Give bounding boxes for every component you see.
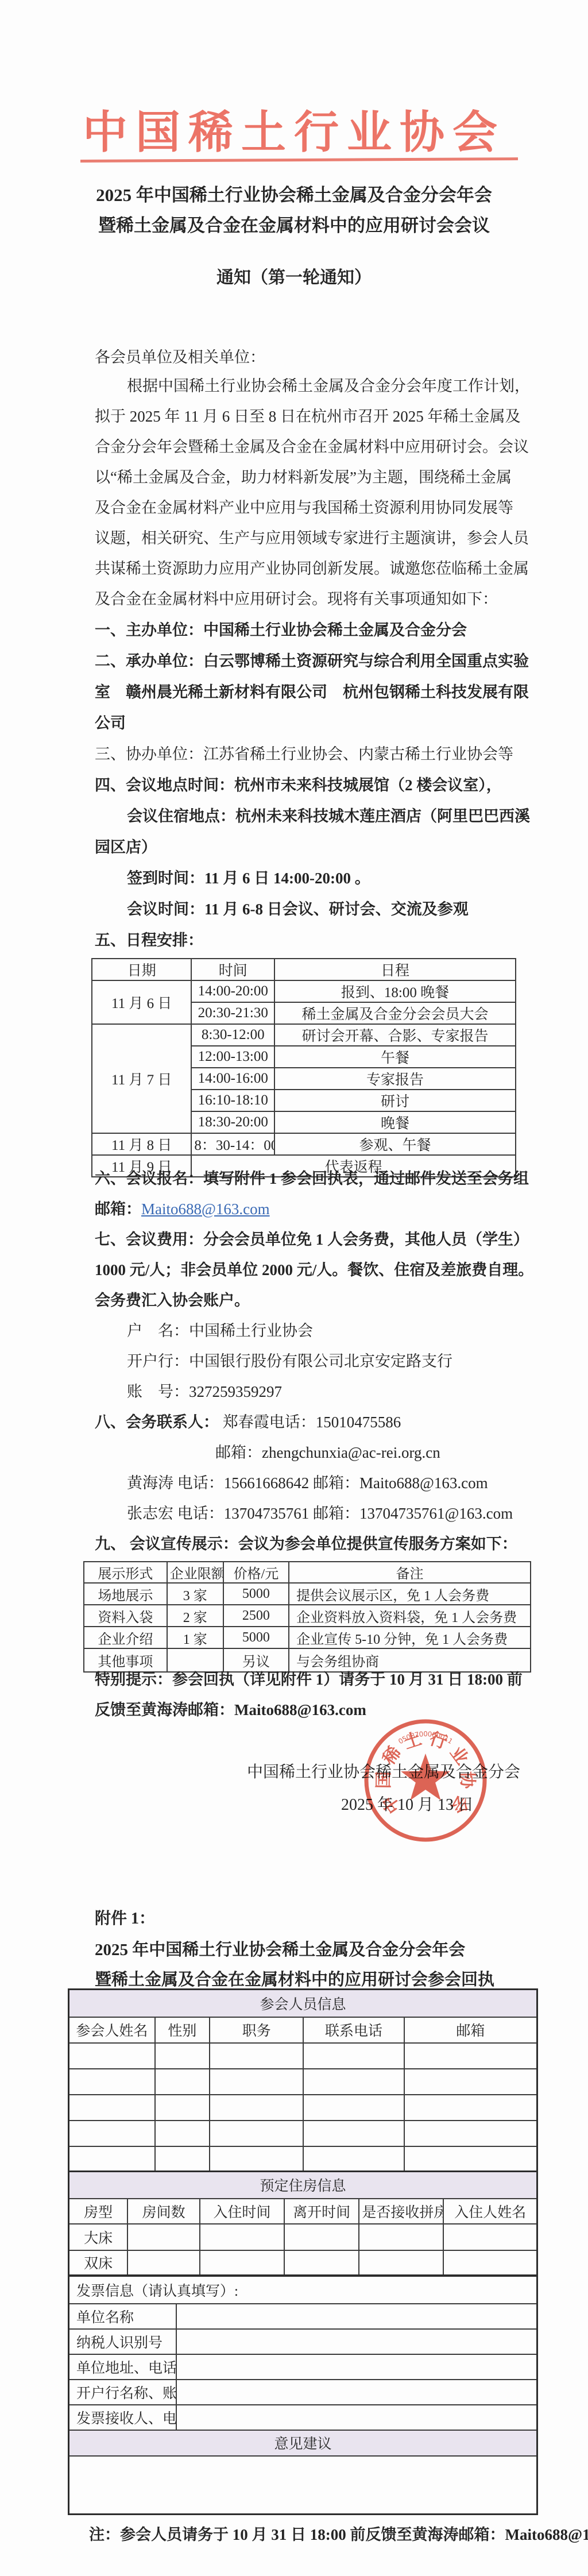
table-cell: 5000: [223, 1583, 289, 1605]
seal-serial-digit: 0: [423, 1730, 428, 1738]
table-cell: 参会人姓名: [69, 2017, 155, 2043]
table-cell: [176, 2380, 537, 2405]
table-row: 参会人员信息: [69, 1990, 537, 2017]
table-cell: 备注: [289, 1562, 531, 1583]
table-cell: [69, 2456, 537, 2515]
table-cell: [176, 2405, 537, 2430]
attachment-footnote: 注：参会人员请务于 10 月 31 日 18:00 前反馈至黄海涛邮箱：Mait…: [89, 2522, 588, 2544]
table-cell: [127, 2224, 200, 2250]
table-cell: [176, 2354, 537, 2380]
registration-fee-contact-sections: 六、会议报名：填写附件 1 参会回执表，通过邮件发送至会务组邮箱：Maito68…: [95, 1164, 531, 1559]
table-cell: 场地展示: [84, 1583, 167, 1605]
table: 发票信息（请认真填写）:单位名称纳税人识别号单位地址、电话开户行名称、账号发票接…: [68, 2275, 538, 2515]
table-cell: 发票接收人、电话: [69, 2405, 177, 2430]
table: 预定住房信息房型房间数入住时间离开时间是否接收拼房入住人姓名大床双床: [68, 2171, 538, 2276]
table-cell: 研讨: [274, 1090, 516, 1111]
table-cell: 房型: [69, 2199, 128, 2224]
table-cell: [210, 2121, 303, 2146]
text-line: 账 号：327259359297: [95, 1377, 531, 1407]
table-cell: [404, 2069, 537, 2095]
text-line: 共谋稀土资源助力应用产业协同创新发展。诚邀您莅临稀土金属: [95, 554, 531, 584]
seal-ring-char: 国: [374, 1771, 393, 1789]
table: 参会人员信息参会人姓名性别职务联系电话邮箱: [68, 1988, 538, 2173]
table-cell: 日程: [274, 959, 516, 980]
table-cell: 是否接收拼房: [359, 2199, 443, 2224]
table-cell: [200, 2224, 284, 2250]
text-span: 郑春霞电话：15010475586: [223, 1413, 401, 1431]
text-line: 四、会议地点时间：杭州市未来科技城展馆（2 楼会议室），: [95, 770, 531, 801]
table-cell: [359, 2224, 443, 2250]
table-row: 11 月 6 日14:00-20:00报到、18:00 晚餐: [92, 980, 516, 1002]
scanned-notice-page: 中国稀土行业协会 2025 年中国稀土行业协会稀土金属及合金分会年会 暨稀土金属…: [0, 0, 588, 2576]
table-cell: [176, 2304, 537, 2329]
table-cell: [127, 2250, 200, 2276]
table-cell: [443, 2224, 537, 2250]
table-row: 意见建议: [69, 2430, 537, 2456]
text-line: 开户行：中国银行股份有限公司北京安定路支行: [95, 1346, 531, 1377]
text-line: 二、承办单位：白云鄂博稀土资源研究与综合利用全国重点实验: [95, 646, 531, 677]
letterhead-org-name: 中国稀土行业协会: [0, 96, 588, 161]
table-row: 参会人姓名性别职务联系电话邮箱: [69, 2017, 537, 2043]
table-row: 单位名称: [69, 2304, 537, 2329]
table-row: 纳税人识别号: [69, 2329, 537, 2354]
table-row: 发票信息（请认真填写）:: [69, 2276, 537, 2304]
table-row: 开户行名称、账号: [69, 2380, 537, 2405]
text-line: 邮箱：zhengchunxia@ac-rei.org.cn: [95, 1438, 531, 1468]
table-row: [69, 2069, 537, 2095]
table-cell: 11 月 7 日: [92, 1024, 191, 1133]
table-cell: 资料入袋: [84, 1605, 167, 1627]
seal-ring-char: 会: [447, 1792, 472, 1817]
table-cell: 单位地址、电话: [69, 2354, 177, 2380]
table-cell: 大床: [69, 2224, 128, 2250]
text-line: 一、主办单位：中国稀土行业协会稀土金属及合金分会: [95, 615, 531, 646]
table-cell: 时间: [191, 959, 274, 980]
table-cell: 18:30-20:00: [191, 1111, 274, 1133]
text-line: 议题，相关研究、生产与应用领域专家进行主题演讲，参会人员: [95, 523, 531, 554]
table-cell: 20:30-21:30: [191, 1002, 274, 1024]
table-cell: 11 月 6 日: [92, 980, 191, 1024]
table-row: 资料入袋2 家2500企业资料放入资料袋，免 1 人会务费: [84, 1605, 531, 1627]
table-cell: 提供会议展示区，免 1 人会务费: [289, 1583, 531, 1605]
seal-ring-char: 协: [458, 1771, 477, 1789]
table-row: [69, 2456, 537, 2515]
table-cell: 价格/元: [223, 1562, 289, 1583]
table-cell: 企业宣传 5-10 分钟，免 1 人会务费: [289, 1627, 531, 1648]
table-cell: [155, 2146, 210, 2172]
text-line: 合金分会年会暨稀土金属及合金在金属材料中应用研讨会。会议: [95, 432, 531, 462]
table-row: [69, 2043, 537, 2069]
table-cell: 1 家: [167, 1627, 223, 1648]
text-line: 特别提示：参会回执（详见附件 1）请务于 10 月 31 日 18:00 前: [95, 1664, 531, 1695]
doc-title-line-1: 2025 年中国稀土行业协会稀土金属及合金分会年会: [0, 180, 588, 206]
table-cell: [155, 2043, 210, 2069]
table-row: 单位地址、电话: [69, 2354, 537, 2380]
table-cell: 研讨会开幕、合影、专家报告: [274, 1024, 516, 1046]
seal-serial-digit: 0: [427, 1730, 432, 1739]
text-line: 五、日程安排：: [95, 925, 531, 956]
table-cell: 稀土金属及合金分会会员大会: [274, 1002, 516, 1024]
promotion-service-table: 展示形式企业限额价格/元备注场地展示3 家5000提供会议展示区，免 1 人会务…: [83, 1561, 531, 1673]
text-line: 会议住宿地点：杭州未来科技城木莲庄酒店（阿里巴巴西溪: [95, 801, 531, 832]
attachment-title-line-1: 2025 年中国稀土行业协会稀土金属及合金分会年会: [95, 1937, 465, 1960]
notice-heading: 通知（第一轮通知）: [0, 263, 588, 288]
table-cell: 8：30-14：00: [191, 1133, 274, 1155]
table-row: 场地展示3 家5000提供会议展示区，免 1 人会务费: [84, 1583, 531, 1605]
table-row: 展示形式企业限额价格/元备注: [84, 1562, 531, 1583]
text-line: 及合金在金属材料产业中应用与我国稀土资源利用协同发展等: [95, 493, 531, 523]
table-cell: [303, 2043, 404, 2069]
table-cell: 企业介绍: [84, 1627, 167, 1648]
table-cell: 意见建议: [69, 2430, 537, 2456]
text-line: 邮箱：Maito688@163.com: [95, 1194, 531, 1225]
text-span: 八、会务联系人：: [95, 1413, 223, 1431]
text-line: 八、会务联系人： 郑春霞电话：15010475586: [95, 1407, 531, 1438]
table-cell: 房间数: [127, 2199, 200, 2224]
text-line: 六、会议报名：填写附件 1 参会回执表，通过邮件发送至会务组: [95, 1164, 531, 1194]
table-cell: [303, 2069, 404, 2095]
table-cell: 报到、18:00 晚餐: [274, 980, 516, 1002]
table-row: [69, 2095, 537, 2121]
text-line: 户 名：中国稀土行业协会: [95, 1316, 531, 1346]
table-cell: [284, 2224, 359, 2250]
table-cell: [69, 2069, 155, 2095]
table-cell: 11 月 8 日: [92, 1133, 191, 1155]
text-line: 会议时间：11 月 6-8 日会议、研讨会、交流及参观: [95, 894, 531, 925]
table-cell: [404, 2095, 537, 2121]
table-cell: 12:00-13:00: [191, 1046, 274, 1068]
table-cell: 双床: [69, 2250, 128, 2276]
schedule-table: 日期时间日程11 月 6 日14:00-20:00报到、18:00 晚餐20:3…: [91, 958, 516, 1177]
table-cell: [210, 2069, 303, 2095]
table-cell: 专家报告: [274, 1068, 516, 1090]
table-row: 企业介绍1 家5000企业宣传 5-10 分钟，免 1 人会务费: [84, 1627, 531, 1648]
table-cell: 开户行名称、账号: [69, 2380, 177, 2405]
registration-email-link[interactable]: Maito688@163.com: [141, 1200, 270, 1218]
attendee-info-table: 参会人员信息参会人姓名性别职务联系电话邮箱: [68, 1988, 538, 2173]
table-cell: [359, 2250, 443, 2276]
table-cell: 性别: [155, 2017, 210, 2043]
table-cell: 2 家: [167, 1605, 223, 1627]
seal-star: [401, 1754, 450, 1800]
table-cell: [200, 2250, 284, 2276]
table-cell: 联系电话: [303, 2017, 404, 2043]
table-cell: 参观、午餐: [274, 1133, 516, 1155]
text-line: 园区店）: [95, 832, 531, 863]
text-line: 1000 元/人；非会员单位 2000 元/人。餐饮、住宿及差旅费自理。: [95, 1255, 531, 1285]
attachment-label: 附件 1：: [95, 1906, 155, 1929]
intro-paragraph: 根据中国稀土行业协会稀土金属及合金分会年度工作计划，拟于 2025 年 11 月…: [95, 371, 531, 615]
text-line: 根据中国稀土行业协会稀土金属及合金分会年度工作计划，: [95, 371, 531, 401]
table-cell: [284, 2250, 359, 2276]
table-cell: [404, 2043, 537, 2069]
text-line: 七、会议费用：分会会员单位免 1 人会务费，其他人员（学生）: [95, 1225, 531, 1255]
table-row: 房型房间数入住时间离开时间是否接收拼房入住人姓名: [69, 2199, 537, 2224]
table-cell: [69, 2146, 155, 2172]
table-cell: 单位名称: [69, 2304, 177, 2329]
table-cell: 发票信息（请认真填写）:: [69, 2276, 537, 2304]
text-line: 会务费汇入协会账户。: [95, 1285, 531, 1316]
table-row: 发票接收人、电话: [69, 2405, 537, 2430]
table: 日期时间日程11 月 6 日14:00-20:00报到、18:00 晚餐20:3…: [91, 958, 516, 1177]
table-cell: 参会人员信息: [69, 1990, 537, 2017]
table-cell: 职务: [210, 2017, 303, 2043]
official-seal: 中国稀土行业协会1100000078050: [359, 1714, 492, 1847]
table-cell: [404, 2146, 537, 2172]
text-line: 签到时间：11 月 6 日 14:00-20:00 。: [95, 863, 531, 894]
table-row: 11 月 7 日8:30-12:00研讨会开幕、合影、专家报告: [92, 1024, 516, 1046]
seal-ring-char: 稀: [379, 1743, 405, 1769]
table-row: 11 月 8 日8：30-14：00参观、午餐: [92, 1133, 516, 1155]
table-cell: 企业资料放入资料袋，免 1 人会务费: [289, 1605, 531, 1627]
housing-info-table: 预定住房信息房型房间数入住时间离开时间是否接收拼房入住人姓名大床双床: [68, 2171, 538, 2276]
text-line: 及合金在金属材料中应用研讨会。现将有关事项通知如下：: [95, 584, 531, 615]
seal-ring-char: 业: [446, 1743, 471, 1768]
table-cell: [210, 2146, 303, 2172]
table-cell: 纳税人识别号: [69, 2329, 177, 2354]
table-cell: [176, 2329, 537, 2354]
table-cell: [303, 2121, 404, 2146]
table-cell: 入住时间: [200, 2199, 284, 2224]
table-cell: 8:30-12:00: [191, 1024, 274, 1046]
table-row: 大床: [69, 2224, 537, 2250]
table-cell: 5000: [223, 1627, 289, 1648]
table-cell: [210, 2043, 303, 2069]
table-cell: 2500: [223, 1605, 289, 1627]
doc-title-line-2: 暨稀土金属及合金在金属材料中的应用研讨会会议: [0, 211, 588, 237]
text-span: 邮箱：: [95, 1200, 141, 1218]
table-cell: [443, 2250, 537, 2276]
table-cell: [404, 2121, 537, 2146]
text-line: 拟于 2025 年 11 月 6 日至 8 日在杭州市召开 2025 年稀土金属…: [95, 401, 531, 432]
attachment-title-line-2: 暨稀土金属及合金在金属材料中的应用研讨会参会回执: [95, 1967, 494, 1990]
table-cell: 邮箱: [404, 2017, 537, 2043]
table-row: 日期时间日程: [92, 959, 516, 980]
text-line: 黄海涛 电话：15661668642 邮箱：Maito688@163.com: [95, 1468, 531, 1499]
text-line: 九、 会议宣传展示：会议为参会单位提供宣传服务方案如下：: [95, 1529, 531, 1559]
table-row: [69, 2121, 537, 2146]
table-cell: [69, 2095, 155, 2121]
invoice-info-table: 发票信息（请认真填写）:单位名称纳税人识别号单位地址、电话开户行名称、账号发票接…: [68, 2275, 538, 2515]
table-cell: 14:00-16:00: [191, 1068, 274, 1090]
table-cell: [69, 2121, 155, 2146]
salutation: 各会员单位及相关单位：: [95, 345, 265, 367]
table-row: 预定住房信息: [69, 2172, 537, 2199]
table-cell: [155, 2121, 210, 2146]
table-cell: 3 家: [167, 1583, 223, 1605]
table-cell: 预定住房信息: [69, 2172, 537, 2199]
table-cell: 14:00-20:00: [191, 980, 274, 1002]
table-cell: 展示形式: [84, 1562, 167, 1583]
seal-graphic: 中国稀土行业协会1100000078050: [359, 1714, 492, 1847]
table-cell: 日期: [92, 959, 191, 980]
text-line: 公司: [95, 708, 531, 739]
table-cell: 入住人姓名: [443, 2199, 537, 2224]
table-cell: [303, 2095, 404, 2121]
table-cell: [210, 2095, 303, 2121]
table-cell: 企业限额: [167, 1562, 223, 1583]
text-line: 室 赣州晨光稀土新材料有限公司 杭州包钢稀土科技发展有限: [95, 677, 531, 708]
text-line: 三、协办单位：江苏省稀土行业协会、内蒙古稀土行业协会等: [95, 739, 531, 770]
table-cell: [69, 2043, 155, 2069]
table-row: 双床: [69, 2250, 537, 2276]
table-cell: [155, 2069, 210, 2095]
table: 展示形式企业限额价格/元备注场地展示3 家5000提供会议展示区，免 1 人会务…: [83, 1561, 531, 1673]
table-cell: [303, 2146, 404, 2172]
table-cell: [155, 2095, 210, 2121]
table-row: [69, 2146, 537, 2172]
seal-ring-char: 中: [378, 1792, 404, 1817]
table-cell: 晚餐: [274, 1111, 516, 1133]
text-line: 以“稀土金属及合金，助力材料新发展”为主题，围绕稀土金属: [95, 462, 531, 493]
organizer-sections: 一、主办单位：中国稀土行业协会稀土金属及合金分会二、承办单位：白云鄂博稀土资源研…: [95, 615, 531, 956]
table-cell: 离开时间: [284, 2199, 359, 2224]
table-cell: 16:10-18:10: [191, 1090, 274, 1111]
table-cell: 午餐: [274, 1046, 516, 1068]
text-line: 张志宏 电话：13704735761 邮箱：13704735761@163.co…: [95, 1499, 531, 1529]
